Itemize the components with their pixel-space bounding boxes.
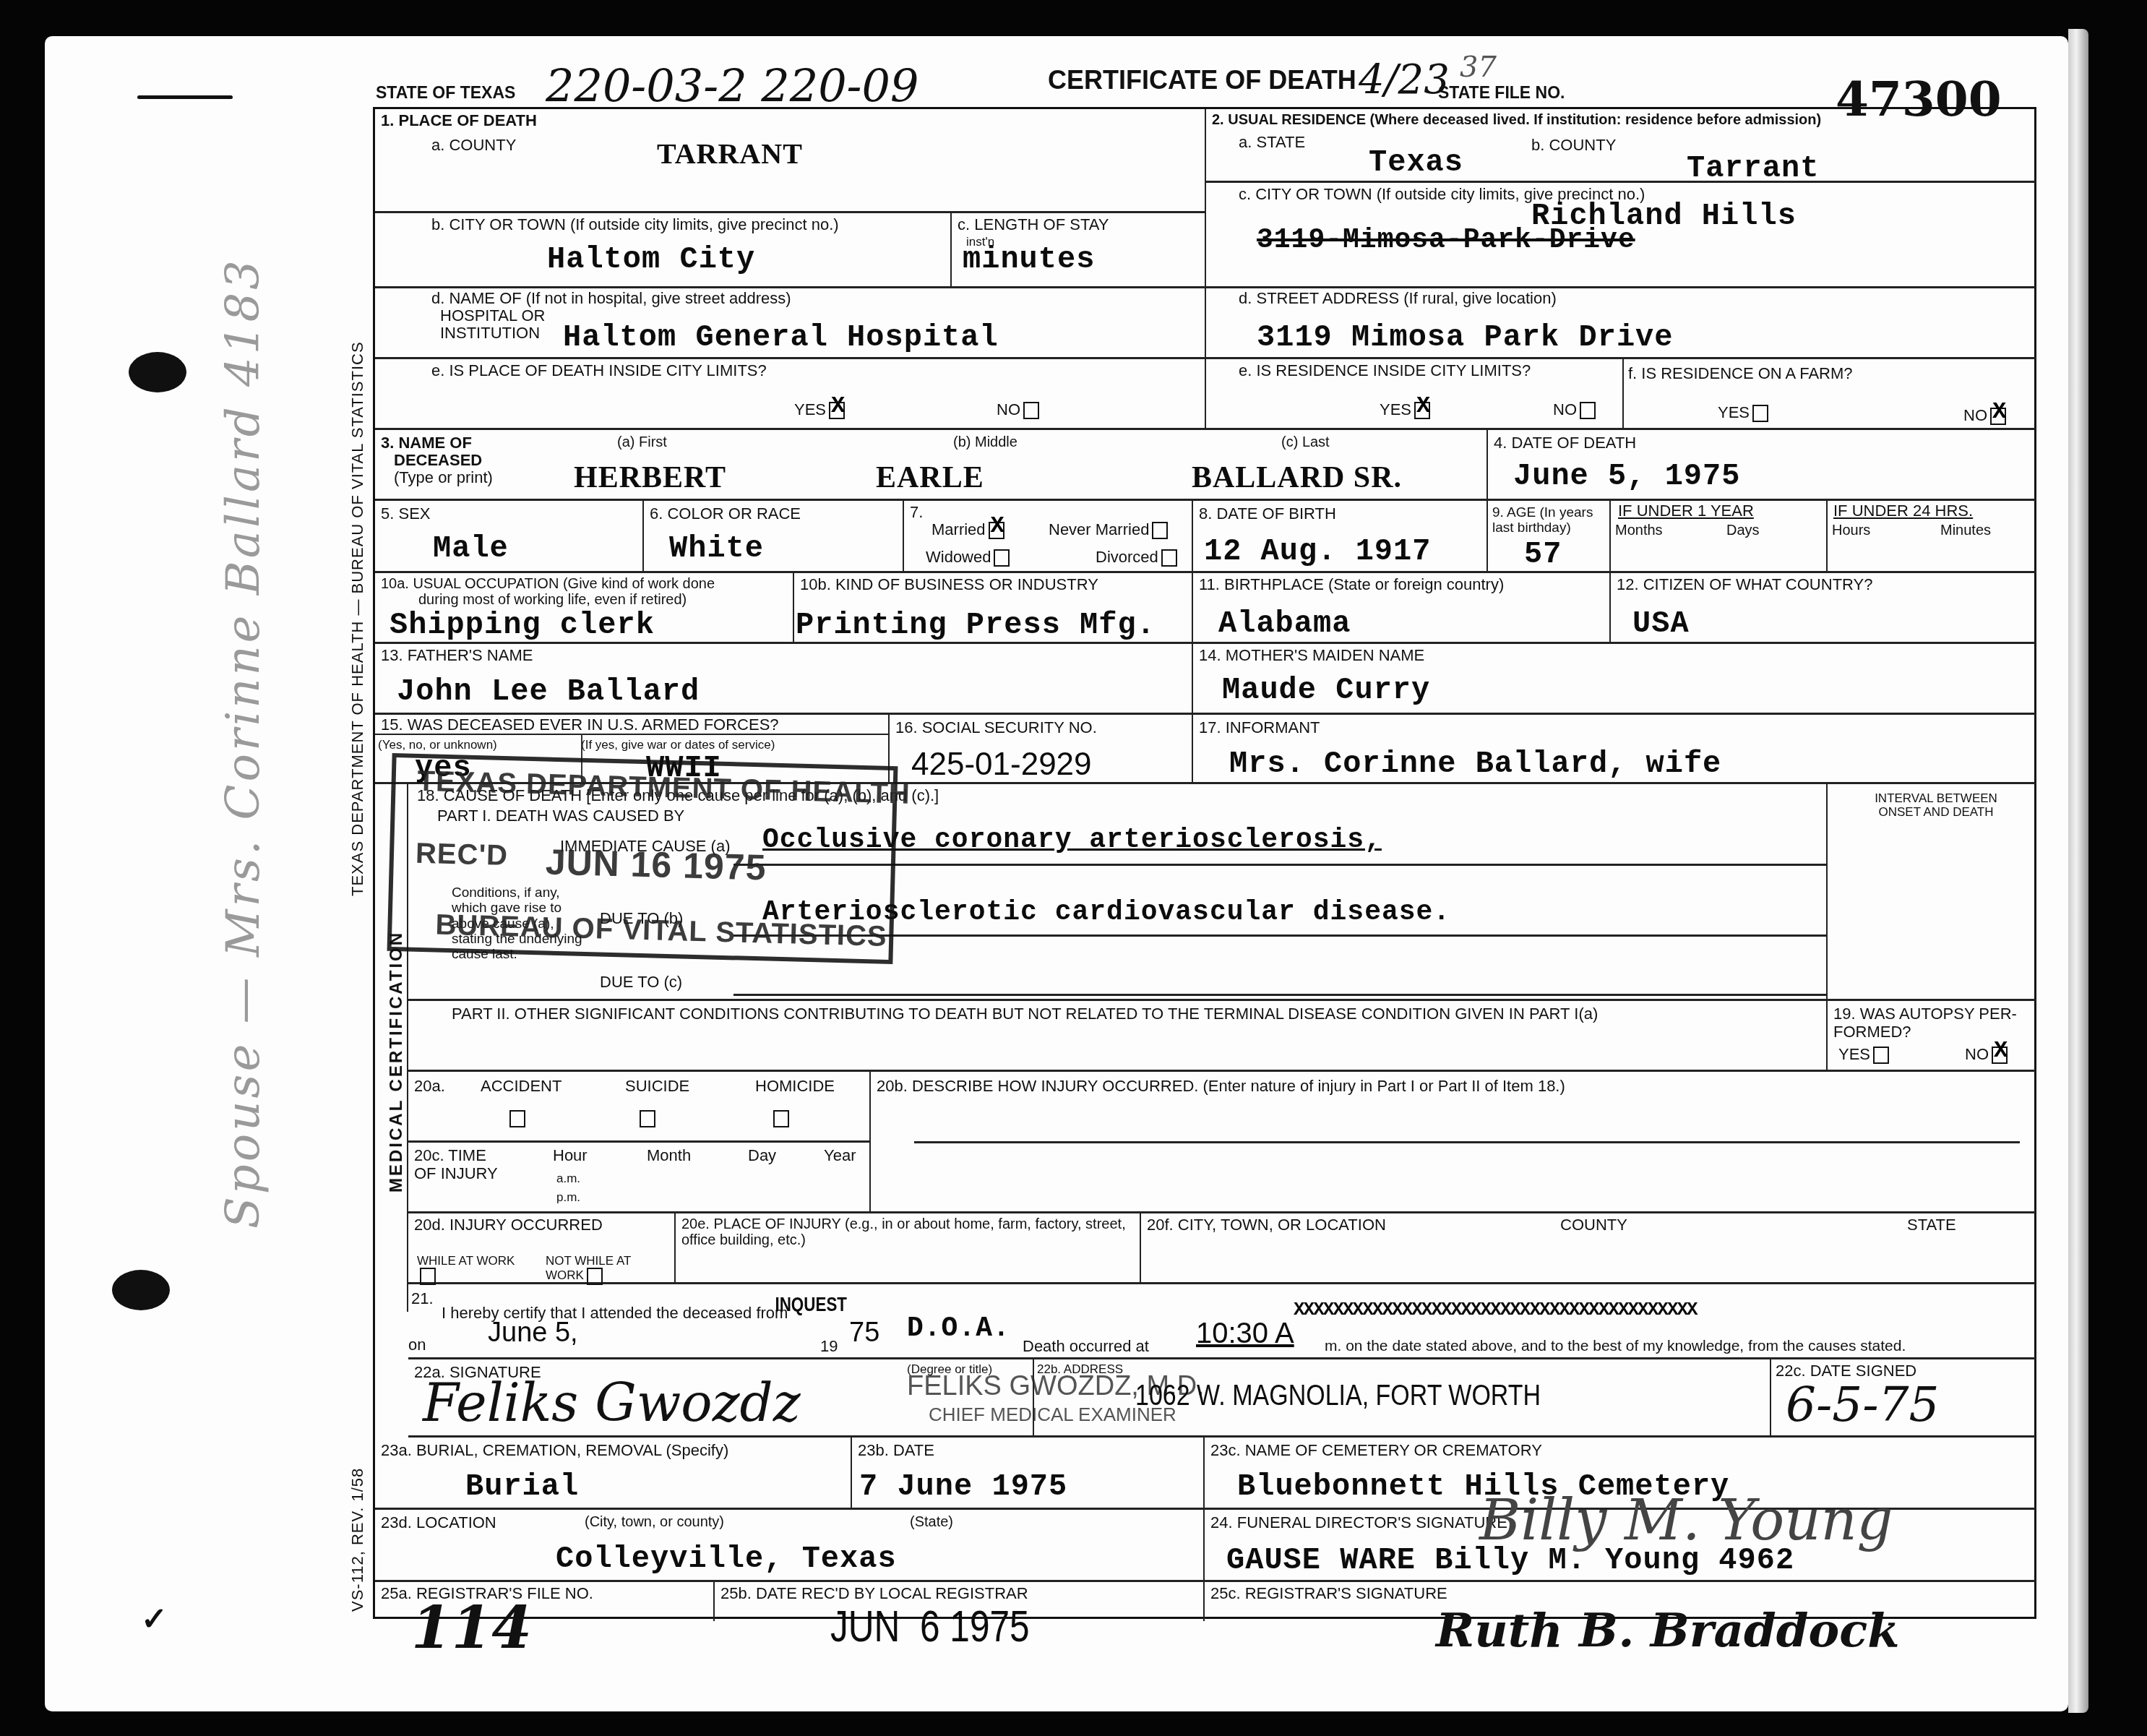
place-of-death-section-label: 1. PLACE OF DEATH	[381, 112, 537, 130]
residence-inside-limits-label: e. IS RESIDENCE INSIDE CITY LIMITS?	[1239, 362, 1531, 380]
hospital-label-2: HOSPITAL OR	[440, 307, 545, 325]
ssn-field[interactable]: 425-01-2929	[911, 747, 1092, 783]
checkbox-empty-icon[interactable]	[509, 1110, 525, 1127]
race-field[interactable]: White	[669, 531, 764, 566]
margin-check-mark: ✓	[141, 1601, 168, 1638]
disposition-date-field[interactable]: 7 June 1975	[859, 1469, 1067, 1504]
burial-location-cell: 23d. LOCATION (City, town, or county) (S…	[375, 1510, 1205, 1582]
informant-field[interactable]: Mrs. Corinne Ballard, wife	[1229, 747, 1721, 781]
father-name-cell: 13. FATHER'S NAME John Lee Ballard	[375, 644, 1193, 715]
date-signed-cell: 22c. DATE SIGNED 6-5-75	[1771, 1359, 2036, 1438]
immediate-cause-line	[733, 864, 1828, 866]
deceased-name-label-1: 3. NAME OF	[381, 434, 472, 452]
part-two-cell: PART II. OTHER SIGNIFICANT CONDITIONS CO…	[408, 1001, 1828, 1072]
stamp-bureau-text: BUREAU OF VITAL STATISTICS	[435, 909, 887, 953]
checkbox-checked-icon[interactable]	[829, 402, 845, 419]
burial-city-sub-label: (City, town, or county)	[585, 1514, 724, 1530]
first-name-field[interactable]: HERBERT	[574, 460, 726, 495]
father-name-label: 13. FATHER'S NAME	[381, 647, 533, 665]
stamp-received-text: REC'D	[415, 838, 508, 872]
ssn-cell: 16. SOCIAL SECURITY NO. 425-01-2929	[890, 715, 1193, 784]
while-at-work-option[interactable]: WHILE AT WORK	[417, 1254, 533, 1285]
first-name-label: (a) First	[617, 434, 667, 450]
citizenship-field[interactable]: USA	[1632, 606, 1690, 641]
attended-year-field[interactable]: 75	[849, 1318, 879, 1349]
injury-description-line	[914, 1141, 2020, 1143]
physician-address-field[interactable]: 1062 W. MAGNOLIA, FORT WORTH	[1135, 1380, 1541, 1412]
due-to-b-line	[733, 934, 1828, 937]
am-label: a.m.	[556, 1172, 580, 1185]
middle-name-label: (b) Middle	[953, 434, 1017, 450]
last-name-field[interactable]: BALLARD SR.	[1192, 460, 1402, 495]
residence-state-field[interactable]: Texas	[1369, 145, 1463, 180]
under-one-year-label: IF UNDER 1 YEAR	[1618, 502, 1754, 520]
never-married-option[interactable]: Never Married	[1049, 521, 1168, 539]
date-signed-field[interactable]: 6-5-75	[1786, 1377, 1940, 1432]
inquest-field[interactable]: INQUEST	[775, 1293, 847, 1316]
punch-hole-bottom	[112, 1270, 170, 1310]
length-of-stay-cell: c. LENGTH OF STAY inst'n minutes	[952, 213, 1205, 288]
death-inside-limits-yes[interactable]: YES	[794, 401, 845, 419]
disposition-method-cell: 23a. BURIAL, CREMATION, REMOVAL (Specify…	[375, 1438, 852, 1510]
age-field[interactable]: 57	[1524, 537, 1562, 572]
registrar-date-field[interactable]: JUN 6 1975	[830, 1601, 1030, 1652]
informant-cell: 17. INFORMANT Mrs. Corinne Ballard, wife	[1193, 715, 2036, 784]
mother-name-field[interactable]: Maude Curry	[1222, 673, 1430, 708]
race-label: 6. COLOR OR RACE	[650, 505, 801, 523]
length-of-stay-label: c. LENGTH OF STAY	[958, 216, 1109, 234]
certification-number-label: 21.	[411, 1290, 434, 1308]
injury-time-label: 20c. TIME OF INJURY	[414, 1147, 501, 1182]
residence-farm-label: f. IS RESIDENCE ON A FARM?	[1628, 365, 1853, 383]
registrar-file-cell: 25a. REGISTRAR'S FILE NO. 114	[375, 1582, 715, 1621]
date-of-birth-cell: 8. DATE OF BIRTH 12 Aug. 1917	[1193, 501, 1488, 573]
residence-city-struck-text: 3119-Mimosa-Park-Drive	[1257, 225, 1635, 256]
injury-city-label: 20f. CITY, TOWN, OR LOCATION	[1147, 1216, 1386, 1234]
last-name-label: (c) Last	[1281, 434, 1330, 450]
autopsy-label: 19. WAS AUTOPSY PER-FORMED?	[1833, 1005, 2028, 1041]
margin-handwritten-note: Spouse — Mrs. Corinne Ballard 4183	[217, 257, 270, 1229]
checkbox-empty-icon[interactable]	[1873, 1047, 1889, 1064]
residence-inside-limits-cell: e. IS RESIDENCE INSIDE CITY LIMITS? YES …	[1205, 359, 1624, 430]
place-of-death-county-field[interactable]: TARRANT	[657, 137, 803, 171]
divorced-option[interactable]: Divorced	[1096, 549, 1177, 567]
middle-name-field[interactable]: EARLE	[876, 460, 984, 495]
accident-option[interactable]: ACCIDENT	[481, 1078, 562, 1127]
death-inside-limits-no[interactable]: NO	[997, 401, 1039, 419]
informant-label: 17. INFORMANT	[1199, 719, 1320, 737]
not-while-at-work-option[interactable]: NOT WHILE AT WORK	[546, 1254, 668, 1285]
residence-street-cell: d. STREET ADDRESS (If rural, give locati…	[1205, 288, 2036, 359]
residence-farm-cell: f. IS RESIDENCE ON A FARM? YES NO	[1624, 359, 2036, 430]
injury-description-cell: 20b. DESCRIBE HOW INJURY OCCURRED. (Ente…	[871, 1072, 2036, 1213]
paper-stack-edge	[2068, 29, 2088, 1713]
hour-label: Hour	[553, 1147, 588, 1165]
handwritten-codes: 220-03-2 220-09	[546, 59, 918, 112]
under-one-year-cell: IF UNDER 1 YEAR Months Days	[1611, 501, 1828, 573]
injury-description-label: 20b. DESCRIBE HOW INJURY OCCURRED. (Ente…	[877, 1078, 1565, 1096]
handwritten-ref-2: 37	[1460, 51, 1497, 84]
injury-type-cell: 20a. ACCIDENT SUICIDE HOMICIDE	[408, 1072, 871, 1143]
industry-field[interactable]: Printing Press Mfg.	[796, 608, 1156, 643]
residence-farm-no[interactable]: NO	[1963, 407, 2006, 425]
autopsy-cell: 19. WAS AUTOPSY PER-FORMED? YES NO	[1828, 1001, 2036, 1072]
citizenship-cell: 12. CITIZEN OF WHAT COUNTRY? USA	[1611, 573, 2036, 644]
disposition-method-label: 23a. BURIAL, CREMATION, REMOVAL (Specify…	[381, 1442, 728, 1460]
hospital-label-1: d. NAME OF (If not in hospital, give str…	[431, 290, 791, 308]
death-occurred-at-label: Death occurred at	[1023, 1338, 1149, 1356]
birthplace-cell: 11. BIRTHPLACE (State or foreign country…	[1193, 573, 1611, 644]
months-label: Months	[1615, 523, 1663, 538]
century-label: 19	[820, 1338, 838, 1356]
city-of-death-label: b. CITY OR TOWN (If outside city limits,…	[431, 216, 839, 234]
residence-street-label: d. STREET ADDRESS (If rural, give locati…	[1239, 290, 1557, 308]
occupation-cell: 10a. USUAL OCCUPATION (Give kind of work…	[375, 573, 794, 644]
residence-farm-yes[interactable]: YES	[1718, 404, 1768, 422]
under-24-hours-cell: IF UNDER 24 HRS. Hours Minutes	[1828, 501, 2036, 573]
occupation-label-2: during most of working life, even if ret…	[418, 592, 687, 608]
hospital-field[interactable]: Haltom General Hospital	[563, 320, 999, 355]
married-option[interactable]: Married	[931, 521, 1004, 539]
residence-county-field[interactable]: Tarrant	[1687, 151, 1819, 186]
registrar-signature-cell: 25c. REGISTRAR'S SIGNATURE Ruth B. Bradd…	[1205, 1582, 2036, 1621]
attended-to-x-fill: XXXXXXXXXXXXXXXXXXXXXXXXXXXXXXXXXXXXXXXX…	[1294, 1299, 1697, 1320]
death-inside-limits-cell: e. IS PLACE OF DEATH INSIDE CITY LIMITS?…	[375, 359, 1205, 430]
checkbox-empty-icon[interactable]	[1752, 405, 1768, 422]
department-side-label: TEXAS DEPARTMENT OF HEALTH — BUREAU OF V…	[348, 341, 367, 896]
injury-occurred-cell: 20d. INJURY OCCURRED WHILE AT WORK NOT W…	[408, 1213, 676, 1284]
due-to-c-label: DUE TO (c)	[600, 974, 682, 992]
checkbox-empty-icon[interactable]	[640, 1110, 655, 1127]
residence-state-cell: 2. USUAL RESIDENCE (Where deceased lived…	[1205, 109, 2036, 183]
certificate-title: CERTIFICATE OF DEATH	[1048, 65, 1356, 95]
marital-status-cell: 7. Married Never Married Widowed Divorce…	[904, 501, 1193, 573]
injury-county-label: COUNTY	[1560, 1216, 1627, 1234]
pm-label: p.m.	[556, 1190, 580, 1204]
deceased-name-cell: 3. NAME OF DECEASED (Type or print) (a) …	[375, 430, 1488, 501]
mother-name-label: 14. MOTHER'S MAIDEN NAME	[1199, 647, 1424, 665]
widowed-option[interactable]: Widowed	[926, 549, 1010, 567]
date-of-birth-field[interactable]: 12 Aug. 1917	[1204, 534, 1431, 569]
mother-name-cell: 14. MOTHER'S MAIDEN NAME Maude Curry	[1193, 644, 2036, 715]
days-label: Days	[1726, 523, 1760, 538]
checkbox-empty-icon[interactable]	[1023, 402, 1039, 419]
race-cell: 6. COLOR OR RACE White	[644, 501, 904, 573]
stamp-date-text: JUN 16 1975	[545, 841, 767, 888]
injury-occurred-label: 20d. INJURY OCCURRED	[414, 1216, 603, 1234]
sex-label: 5. SEX	[381, 505, 430, 523]
interval-cell: INTERVAL BETWEEN ONSET AND DEATH	[1828, 784, 2036, 1001]
doa-field[interactable]: D.O.A.	[907, 1313, 1010, 1344]
injury-time-cell: 20c. TIME OF INJURY Hour Month Day Year …	[408, 1143, 871, 1213]
injury-place-cell: 20e. PLACE OF INJURY (e.g., in or about …	[676, 1213, 1141, 1284]
disposition-date-cell: 23b. DATE 7 June 1975	[852, 1438, 1205, 1510]
registrar-date-label: 25b. DATE REC'D BY LOCAL REGISTRAR	[720, 1585, 1028, 1603]
sex-field[interactable]: Male	[433, 531, 509, 566]
date-of-death-label: 4. DATE OF DEATH	[1494, 434, 1636, 452]
residence-city-cell: c. CITY OR TOWN (If outside city limits,…	[1205, 183, 2036, 288]
father-name-field[interactable]: John Lee Ballard	[397, 674, 700, 709]
physician-address-cell: 22b. ADDRESS 1062 W. MAGNOLIA, FORT WORT…	[1033, 1359, 1771, 1438]
stamp-department-text: TEXAS DEPARTMENT OF HEALTH	[417, 765, 911, 811]
autopsy-no[interactable]: NO	[1965, 1046, 2008, 1064]
signature-cell: 22a. SIGNATURE Feliks Gwozdz (Degree or …	[408, 1359, 1033, 1438]
disposition-method-field[interactable]: Burial	[465, 1469, 579, 1504]
checkbox-empty-icon[interactable]	[420, 1268, 436, 1285]
checkbox-empty-icon[interactable]	[1161, 549, 1177, 567]
punch-hole-top	[129, 352, 186, 392]
injury-type-label: 20a.	[414, 1078, 445, 1096]
death-certificate-form: 1. PLACE OF DEATH a. COUNTY TARRANT 2. U…	[373, 107, 2036, 1619]
disposition-date-label: 23b. DATE	[858, 1442, 934, 1460]
sex-cell: 5. SEX Male	[375, 501, 644, 573]
on-label: on	[408, 1336, 426, 1354]
date-of-death-field[interactable]: June 5, 1975	[1513, 459, 1740, 494]
registrar-date-cell: 25b. DATE REC'D BY LOCAL REGISTRAR JUN 6…	[715, 1582, 1205, 1621]
birthplace-label: 11. BIRTHPLACE (State or foreign country…	[1199, 576, 1504, 594]
hospital-label-3: INSTITUTION	[440, 325, 540, 343]
due-to-c-line	[733, 994, 1828, 996]
checkbox-empty-icon[interactable]	[1152, 522, 1168, 539]
injury-place-label: 20e. PLACE OF INJURY (e.g., in or about …	[681, 1216, 1130, 1249]
attended-date-field[interactable]: June 5,	[488, 1318, 578, 1349]
birthplace-field[interactable]: Alabama	[1218, 606, 1351, 641]
ssn-label: 16. SOCIAL SECURITY NO.	[895, 719, 1097, 737]
attendance-certification-cell: 21. I hereby certify that I attended the…	[408, 1284, 2036, 1359]
residence-state-label: a. STATE	[1239, 134, 1305, 152]
injury-location-cell: 20f. CITY, TOWN, OR LOCATION COUNTY STAT…	[1141, 1213, 2036, 1284]
received-stamp: TEXAS DEPARTMENT OF HEALTH REC'D JUN 16 …	[387, 753, 898, 964]
residence-county-label: b. COUNTY	[1531, 137, 1616, 155]
injury-state-label: STATE	[1907, 1216, 1956, 1234]
handwritten-ref: 4/23	[1359, 56, 1450, 103]
funeral-director-label: 24. FUNERAL DIRECTOR'S SIGNATURE	[1210, 1514, 1507, 1532]
minutes-label: Minutes	[1940, 523, 1991, 538]
marital-status-label: 7.	[910, 504, 923, 522]
date-of-death-cell: 4. DATE OF DEATH June 5, 1975	[1488, 430, 2036, 501]
state-of-texas-label: STATE OF TEXAS	[376, 83, 515, 103]
autopsy-yes[interactable]: YES	[1838, 1046, 1889, 1064]
margin-dash	[137, 95, 233, 99]
state-file-label: STATE FILE NO.	[1438, 83, 1565, 103]
physician-signature: Feliks Gwozdz	[423, 1372, 801, 1433]
cemetery-label: 23c. NAME OF CEMETERY OR CREMATORY	[1210, 1442, 1542, 1460]
checkbox-empty-icon[interactable]	[994, 549, 1010, 567]
hours-label: Hours	[1832, 523, 1870, 538]
funeral-director-cell: 24. FUNERAL DIRECTOR'S SIGNATURE Billy M…	[1205, 1510, 2036, 1582]
month-label: Month	[647, 1147, 691, 1165]
checkbox-empty-icon[interactable]	[1580, 402, 1596, 419]
checkbox-checked-icon[interactable]	[989, 522, 1004, 539]
registrar-file-field[interactable]: 114	[411, 1594, 532, 1662]
citizenship-label: 12. CITIZEN OF WHAT COUNTRY?	[1617, 576, 1872, 594]
city-of-death-field[interactable]: Haltom City	[547, 242, 755, 277]
funeral-director-field[interactable]: GAUSE WARE Billy M. Young 4962	[1226, 1543, 1794, 1578]
interval-label: INTERVAL BETWEEN ONSET AND DEATH	[1871, 791, 2001, 819]
residence-street-field[interactable]: 3119 Mimosa Park Drive	[1257, 320, 1674, 355]
occupation-label-1: 10a. USUAL OCCUPATION (Give kind of work…	[381, 576, 715, 592]
year-label: Year	[824, 1147, 856, 1165]
under-24-hours-label: IF UNDER 24 HRS.	[1833, 502, 1973, 520]
checkbox-checked-icon[interactable]	[1992, 1047, 2008, 1064]
homicide-option[interactable]: HOMICIDE	[755, 1078, 835, 1127]
registrar-signature: Ruth B. Braddock	[1436, 1604, 1900, 1658]
deceased-name-label-3: (Type or print)	[394, 469, 493, 487]
date-of-birth-label: 8. DATE OF BIRTH	[1199, 505, 1336, 523]
industry-cell: 10b. KIND OF BUSINESS OR INDUSTRY Printi…	[794, 573, 1193, 644]
checkbox-empty-icon[interactable]	[587, 1268, 603, 1285]
place-of-death-county-cell: 1. PLACE OF DEATH a. COUNTY TARRANT	[375, 109, 1205, 213]
armed-forces-sub-label: (Yes, no, or unknown)	[378, 738, 497, 752]
physician-address-label: 22b. ADDRESS	[1037, 1362, 1123, 1376]
residence-inside-limits-yes[interactable]: YES	[1380, 401, 1430, 419]
age-cell: 9. AGE (In years last birthday) 57	[1488, 501, 1611, 573]
occupation-field[interactable]: Shipping clerk	[390, 608, 655, 643]
form-number-label: VS-112, REV. 1/58	[348, 1468, 367, 1612]
death-time-field[interactable]: 10:30 A	[1196, 1318, 1294, 1350]
suicide-option[interactable]: SUICIDE	[625, 1078, 689, 1127]
county-label: a. COUNTY	[431, 137, 516, 155]
city-of-death-cell: b. CITY OR TOWN (If outside city limits,…	[375, 213, 952, 288]
armed-forces-label: 15. WAS DECEASED EVER IN U.S. ARMED FORC…	[381, 716, 779, 734]
residence-inside-limits-no[interactable]: NO	[1553, 401, 1596, 419]
deceased-name-label-2: DECEASED	[394, 452, 482, 470]
industry-label: 10b. KIND OF BUSINESS OR INDUSTRY	[800, 576, 1098, 594]
part-two-label: PART II. OTHER SIGNIFICANT CONDITIONS CO…	[452, 1005, 1598, 1023]
residence-section-label: 2. USUAL RESIDENCE (Where deceased lived…	[1212, 112, 1821, 128]
day-label: Day	[748, 1147, 776, 1165]
checkbox-checked-icon[interactable]	[1990, 408, 2006, 425]
burial-location-label: 23d. LOCATION	[381, 1514, 496, 1532]
burial-state-sub-label: (State)	[910, 1514, 953, 1530]
war-sub-label: (If yes, give war or dates of service)	[581, 738, 775, 752]
hospital-cell: d. NAME OF (If not in hospital, give str…	[375, 288, 1205, 359]
age-label: 9. AGE (In years last birthday)	[1492, 505, 1608, 536]
checkbox-empty-icon[interactable]	[773, 1110, 789, 1127]
length-of-stay-field[interactable]: minutes	[963, 242, 1095, 277]
registrar-signature-label: 25c. REGISTRAR'S SIGNATURE	[1210, 1585, 1447, 1603]
certification-tail-text: m. on the date stated above, and to the …	[1325, 1338, 1906, 1355]
checkbox-checked-icon[interactable]	[1414, 402, 1430, 419]
death-inside-limits-label: e. IS PLACE OF DEATH INSIDE CITY LIMITS?	[431, 362, 767, 380]
burial-location-field[interactable]: Colleyville, Texas	[556, 1542, 897, 1576]
armed-forces-divider	[375, 734, 890, 735]
